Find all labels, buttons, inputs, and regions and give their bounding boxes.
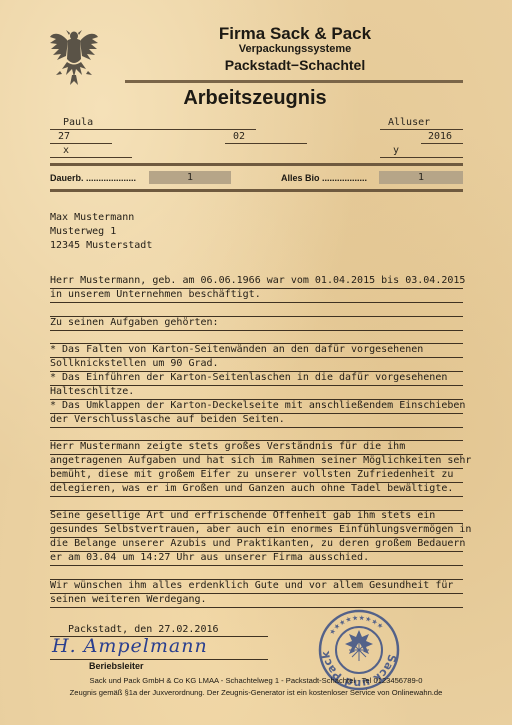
body-line[interactable] [50,427,463,441]
last-name-underline [380,129,463,130]
body-line[interactable]: Seine gesellige Art und erfrischende Off… [50,510,463,524]
body-line[interactable]: in unserem Unternehmen beschäftigt. [50,289,463,303]
y-underline [380,157,463,158]
company-name: Firma Sack & Pack [160,24,430,44]
eagle-icon [48,27,100,89]
body-line[interactable]: * Das Einführen der Karton-Seitenlaschen… [50,372,463,386]
body-line[interactable]: Zu seinen Aufgaben gehörten: [50,317,463,331]
body-line[interactable]: Wir wünschen ihm alles erdenklich Gute u… [50,580,463,594]
first-name-underline [50,129,256,130]
footer-disclaimer: Zeugnis gemäß §1a der Juxverordnung. Der… [0,688,512,697]
body-line[interactable]: gesundes Selbstvertrauen, aber auch ein … [50,524,463,538]
body-line[interactable]: der Verschlusslasche auf beiden Seiten. [50,414,463,428]
recipient-address: Max Mustermann Musterweg 1 12345 Musters… [50,211,152,253]
body-line[interactable]: angetragenen Aufgaben und hat sich im Ra… [50,455,463,469]
body-line[interactable] [50,330,463,344]
body-line[interactable]: delegieren, was er im Großen und Ganzen … [50,483,463,497]
body-line[interactable]: die Belange unserer Azubis und Praktikan… [50,538,463,552]
last-name-field[interactable]: Alluser [388,117,430,128]
dauerb-input[interactable]: 1 [149,171,231,184]
options-top-divider [50,163,463,166]
body-line[interactable]: seinen weiteren Werdegang. [50,594,463,608]
x-field[interactable]: x [63,145,69,156]
month-underline [225,143,307,144]
body-line[interactable] [50,303,463,317]
alles-bio-label: Alles Bio .................. [281,173,367,183]
body-line[interactable] [50,566,463,580]
alles-bio-input[interactable]: 1 [379,171,463,184]
footer-company-info: Sack und Pack GmbH & Co KG LMAA - Schach… [0,676,512,685]
x-underline [50,157,132,158]
signature: H. Ampelmann [50,638,268,660]
company-logo-eagle [48,27,100,89]
year-underline [421,143,463,144]
company-location: Packstadt−Schachtel [160,57,430,73]
signature-role: Beriebsleiter [89,661,144,671]
month-field[interactable]: 02 [233,131,245,142]
signature-text: H. Ampelmann [52,635,208,657]
recipient-street: Musterweg 1 [50,225,152,239]
document-title: Arbeitszeugnis [125,87,385,110]
year-field[interactable]: 2016 [428,131,452,142]
body-line[interactable]: Herr Mustermann zeigte stets großes Vers… [50,441,463,455]
body-line[interactable]: er am 03.04 um 14:27 Uhr aus unserer Fir… [50,552,463,566]
body-line[interactable]: * Das Umklappen der Karton-Deckelseite m… [50,400,463,414]
y-field[interactable]: y [393,145,399,156]
company-subtitle: Verpackungssysteme [160,43,430,55]
first-name-field[interactable]: Paula [63,117,93,128]
body-line[interactable]: Halteschlitze. [50,386,463,400]
options-bottom-divider [50,189,463,192]
day-field[interactable]: 27 [58,131,70,142]
recipient-city: 12345 Musterstadt [50,239,152,253]
body-line[interactable]: Herr Mustermann, geb. am 06.06.1966 war … [50,275,463,289]
dauerb-label: Dauerb. .................... [50,173,136,183]
day-underline [50,143,112,144]
body-line[interactable]: Sollknickstellen um 90 Grad. [50,358,463,372]
body-line[interactable] [50,497,463,511]
body-line[interactable]: bemüht, diese mit großem Eifer zu unsere… [50,469,463,483]
recipient-name: Max Mustermann [50,211,152,225]
body-line[interactable]: * Das Falten von Karton-Seitenwänden an … [50,344,463,358]
header-divider [125,80,463,83]
